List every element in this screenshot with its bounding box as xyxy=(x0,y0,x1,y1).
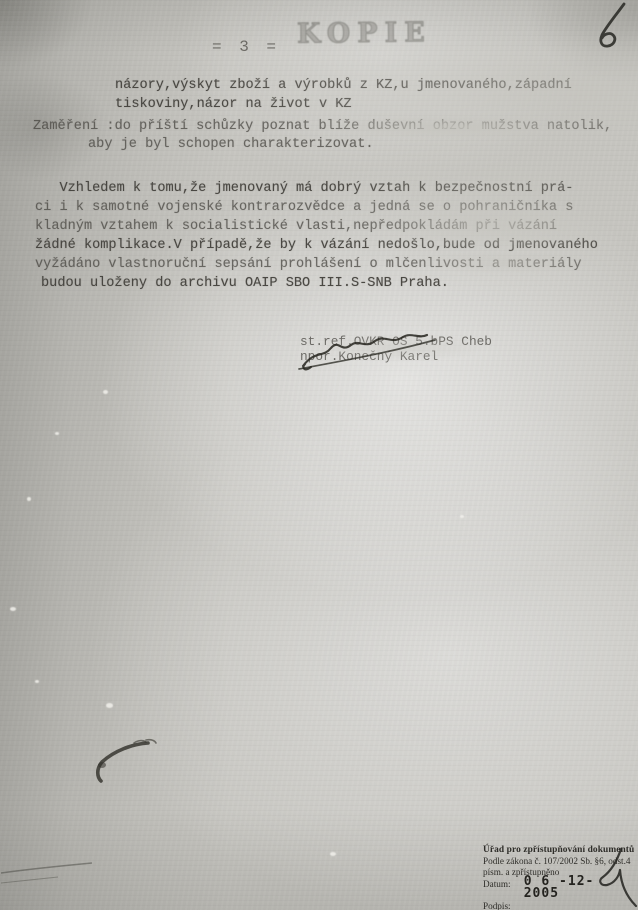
typed-line: tiskoviny,názor na život v KZ xyxy=(115,97,352,113)
typed-line: vyžádáno vlastnoruční sepsání prohlášení… xyxy=(35,257,582,273)
release-stamp: Úřad pro zpřístupňování dokumentů Podle … xyxy=(483,845,635,910)
typed-line: kladným vztahem k socialistické vlasti,n… xyxy=(35,219,557,235)
release-stamp-law: Podle zákona č. 107/2002 Sb. §6, odst.4 xyxy=(483,856,635,867)
release-stamp-date-value: 0 6 -12- 2005 xyxy=(524,876,635,900)
release-stamp-date-label: Datum: xyxy=(483,878,524,890)
typed-line: žádné komplikace.V případě,že by k vázán… xyxy=(35,238,598,254)
typed-line: Vzhledem k tomu,že jmenovaný má dobrý vz… xyxy=(35,181,573,197)
typed-line: Zaměření :do příští schůzky poznat blíže… xyxy=(33,119,612,135)
typed-line: ci i k samotné vojenské kontrarozvědce a… xyxy=(35,200,573,216)
release-stamp-office: Úřad pro zpřístupňování dokumentů xyxy=(483,845,635,856)
typed-line: budou uloženy do archivu OAIP SBO III.S-… xyxy=(41,276,449,292)
release-stamp-signature-label: Podpis: xyxy=(483,900,525,910)
typed-text-block: názory,výskyt zboží a výrobků z KZ,u jme… xyxy=(0,0,638,910)
typed-line: názory,výskyt zboží a výrobků z KZ,u jme… xyxy=(115,78,572,94)
scanned-document-page: = 3 = KOPIE názory,výskyt zboží a výrobk… xyxy=(0,0,638,910)
typed-line: aby je byl schopen charakterizovat. xyxy=(88,137,374,153)
